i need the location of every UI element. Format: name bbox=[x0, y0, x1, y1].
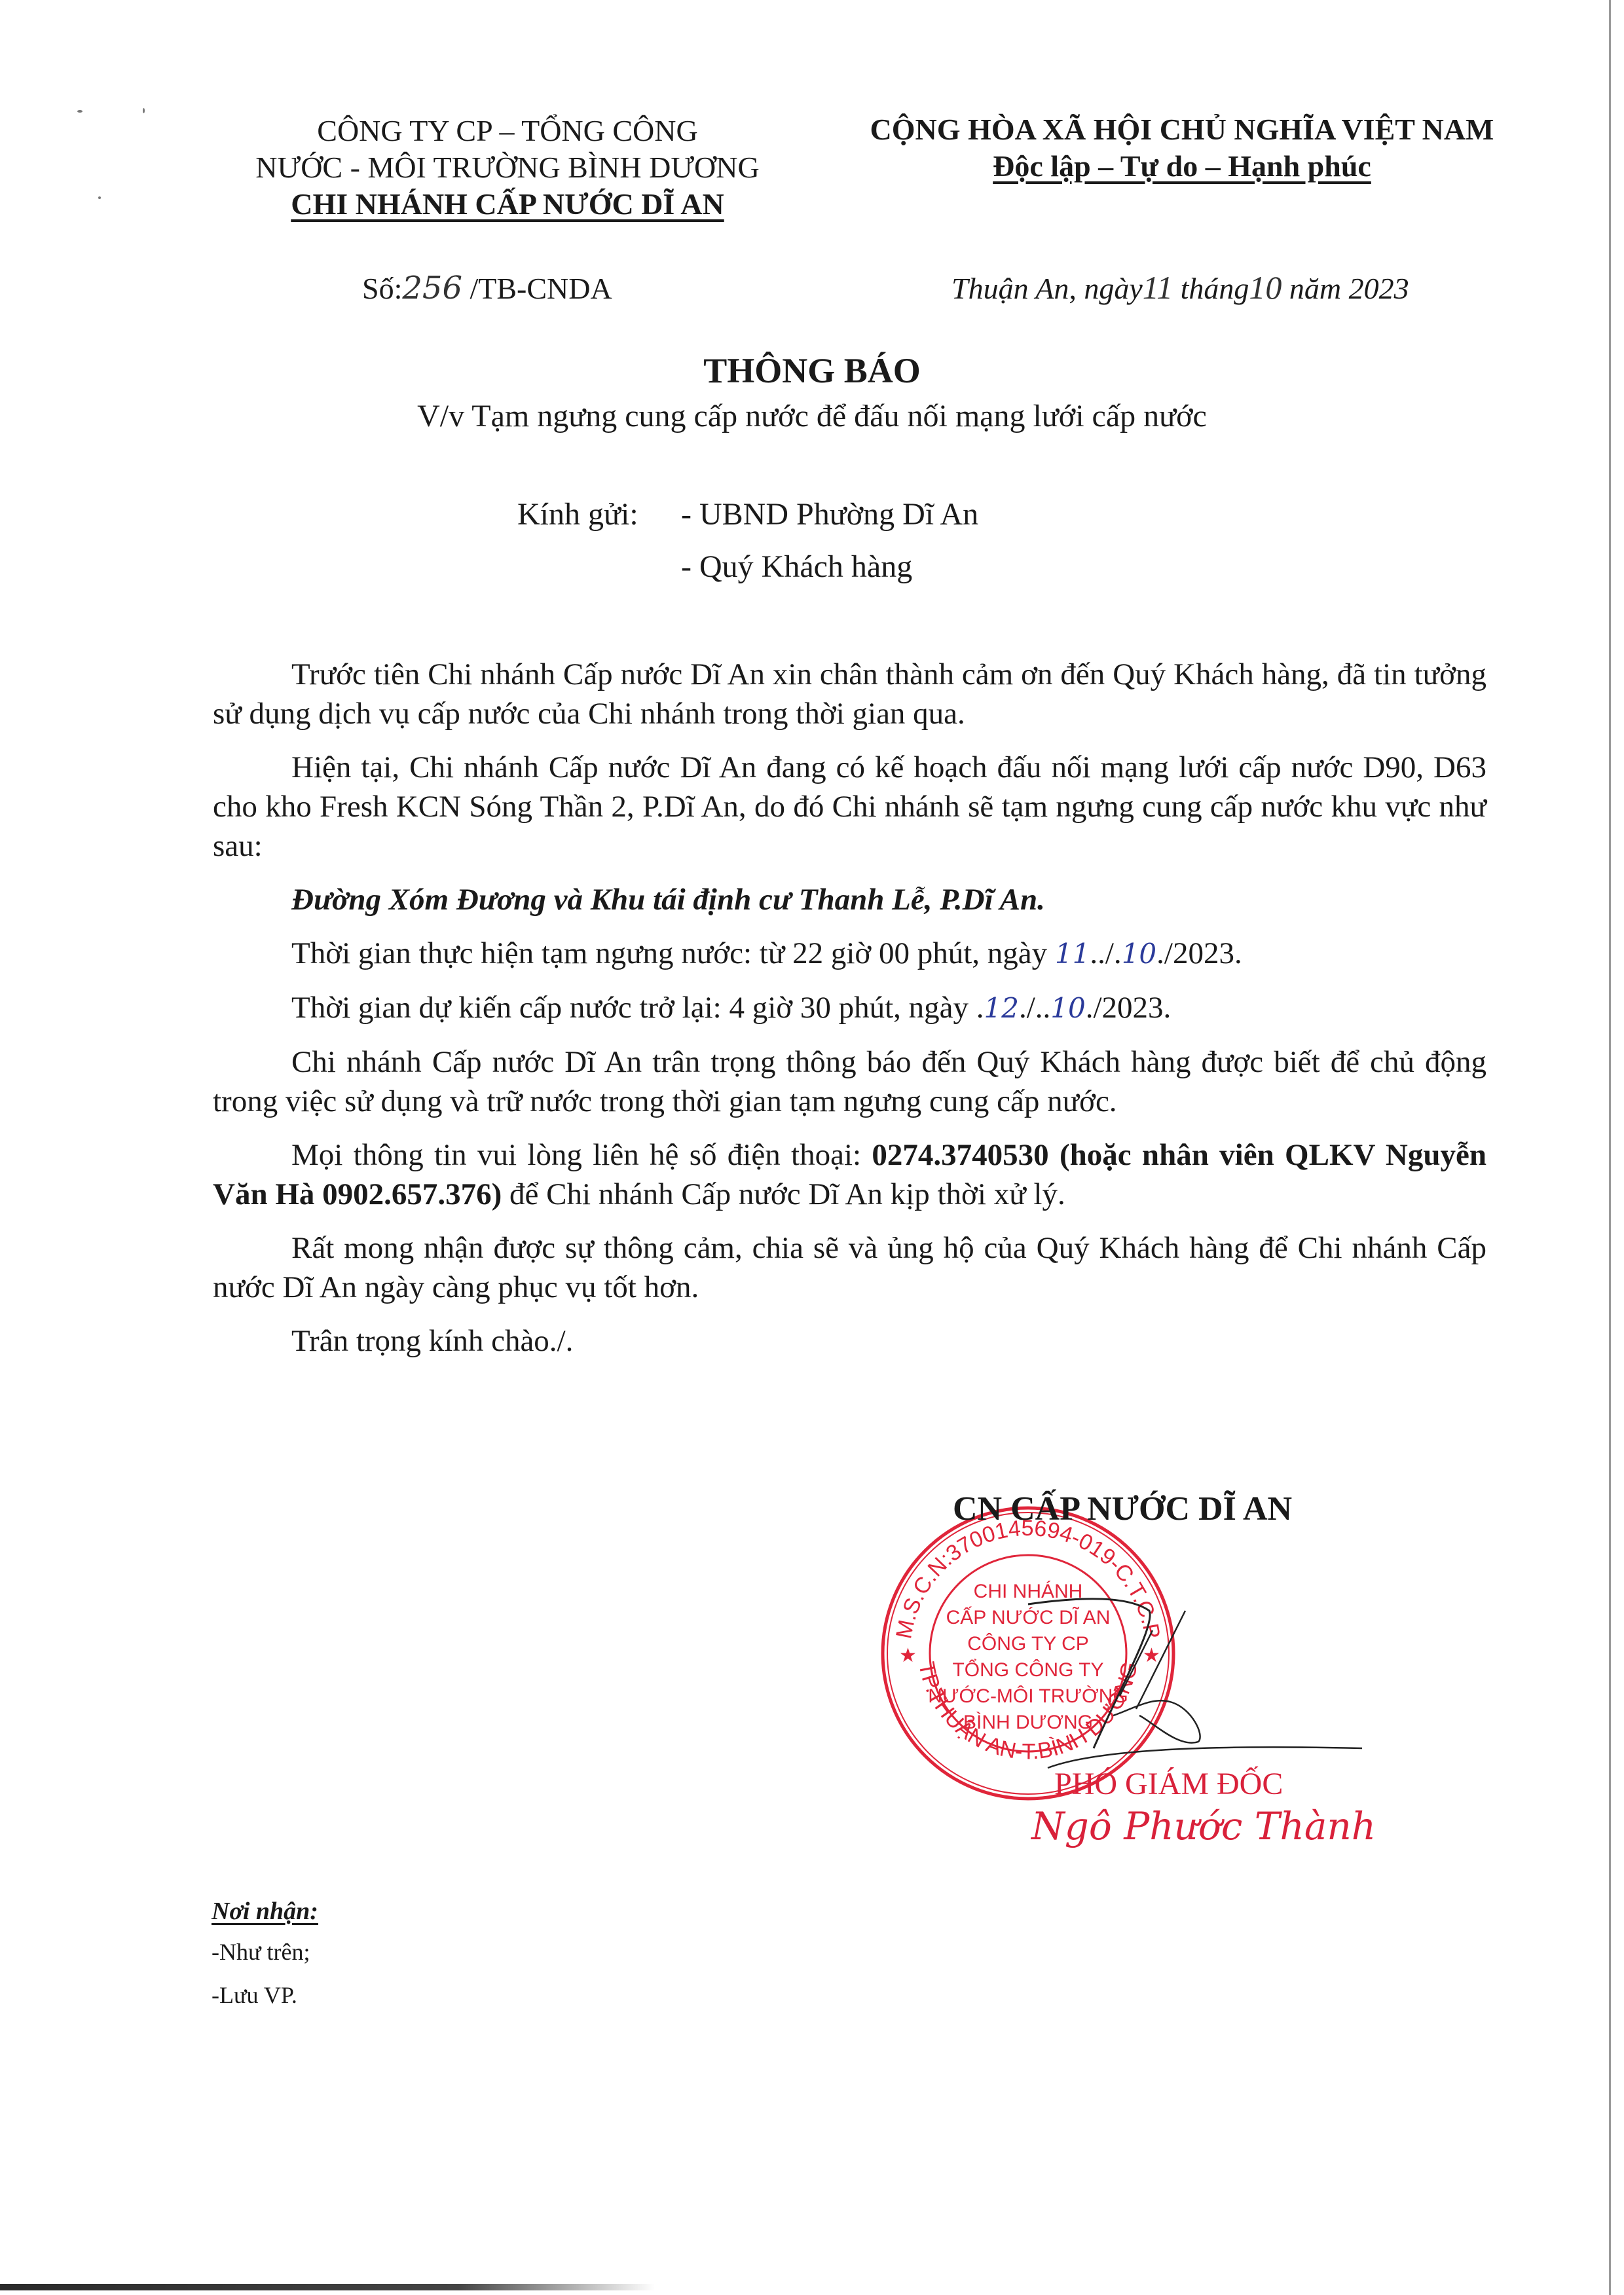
stop-time-line: Thời gian thực hiện tạm ngưng nước: từ 2… bbox=[213, 934, 1486, 974]
stop-date-year: ./2023. bbox=[1156, 936, 1242, 970]
doc-number-suffix: /TB-CNDA bbox=[462, 272, 612, 305]
stop-time-prefix: Thời gian thực hiện tạm ngưng nước: từ 2… bbox=[291, 936, 1055, 970]
body-paragraph-appreciation: Rất mong nhận được sự thông cảm, chia sẽ… bbox=[213, 1228, 1486, 1307]
date-year: năm 2023 bbox=[1282, 272, 1409, 305]
resume-time-prefix: Thời gian dự kiến cấp nước trở lại: 4 gi… bbox=[291, 991, 984, 1025]
resume-date-separator: ./.. bbox=[1019, 991, 1050, 1025]
document-subject: V/v Tạm ngưng cung cấp nước để đấu nối m… bbox=[0, 398, 1624, 434]
doc-number-prefix: Số: bbox=[362, 272, 402, 305]
org-line-1: CÔNG TY CP – TỔNG CÔNG bbox=[196, 113, 819, 149]
affected-area: Đường Xóm Đương và Khu tái định cư Thanh… bbox=[213, 880, 1486, 919]
signer-name: Ngô Phước Thành bbox=[1031, 1804, 1376, 1848]
scan-speck bbox=[98, 196, 101, 199]
org-branch-name: CHI NHÁNH CẤP NƯỚC DĨ AN bbox=[291, 187, 724, 221]
date-place-prefix: Thuận An, ngày bbox=[951, 272, 1143, 305]
national-heading: CỘNG HÒA XÃ HỘI CHỦ NGHĨA VIỆT NAM Độc l… bbox=[832, 111, 1532, 185]
body-paragraph-plan: Hiện tại, Chi nhánh Cấp nước Dĩ An đang … bbox=[213, 748, 1486, 866]
signing-unit: CN CẤP NƯỚC DĨ AN bbox=[953, 1490, 1292, 1528]
issuing-organization: CÔNG TY CP – TỔNG CÔNG NƯỚC - MÔI TRƯỜNG… bbox=[196, 113, 819, 223]
handwritten-signature bbox=[1022, 1585, 1375, 1781]
doc-number-handwritten: 256 bbox=[402, 270, 462, 306]
stop-date-separator: ../. bbox=[1090, 936, 1121, 970]
document-title: THÔNG BÁO bbox=[0, 350, 1624, 391]
document-body: Trước tiên Chi nhánh Cấp nước Dĩ An xin … bbox=[213, 655, 1486, 1375]
body-paragraph-thanks: Trước tiên Chi nhánh Cấp nước Dĩ An xin … bbox=[213, 655, 1486, 733]
contact-suffix: để Chi nhánh Cấp nước Dĩ An kịp thời xử … bbox=[502, 1177, 1065, 1211]
contact-prefix: Mọi thông tin vui lòng liên hệ số điện t… bbox=[291, 1138, 872, 1172]
distribution-item: -Như trên; bbox=[212, 1938, 310, 1966]
date-month-handwritten: 10 bbox=[1249, 269, 1282, 306]
resume-date-year: ./2023. bbox=[1086, 991, 1172, 1025]
scan-edge-bottom bbox=[0, 2284, 655, 2290]
resume-day-handwritten: 12 bbox=[984, 992, 1019, 1024]
body-paragraph-notice: Chi nhánh Cấp nước Dĩ An trân trọng thôn… bbox=[213, 1042, 1486, 1121]
closing-line: Trân trọng kính chào./. bbox=[213, 1321, 1486, 1361]
scan-speck bbox=[143, 108, 145, 113]
recipient-item: - UBND Phường Dĩ An bbox=[681, 496, 978, 532]
resume-month-handwritten: 10 bbox=[1050, 992, 1085, 1024]
recipient-item: - Quý Khách hàng bbox=[681, 549, 912, 585]
recipients-label: Kính gửi: bbox=[517, 496, 638, 532]
org-line-2: NƯỚC - MÔI TRƯỜNG BÌNH DƯƠNG bbox=[196, 149, 819, 186]
scan-speck bbox=[77, 110, 83, 113]
affected-area-text: Đường Xóm Đương và Khu tái định cư Thanh… bbox=[291, 883, 1045, 917]
stop-month-handwritten: 10 bbox=[1122, 938, 1156, 970]
distribution-label: Nơi nhận: bbox=[212, 1897, 318, 1926]
document-number: Số:256 /TB-CNDA bbox=[362, 270, 612, 306]
nation-name: CỘNG HÒA XÃ HỘI CHỦ NGHĨA VIỆT NAM bbox=[832, 111, 1532, 148]
national-motto: Độc lập – Tự do – Hạnh phúc bbox=[993, 149, 1371, 183]
contact-paragraph: Mọi thông tin vui lòng liên hệ số điện t… bbox=[213, 1135, 1486, 1214]
stamp-star-left-icon: ★ bbox=[899, 1645, 917, 1666]
scan-edge-right bbox=[1609, 0, 1611, 2295]
signer-role: PHÓ GIÁM ĐỐC bbox=[1054, 1766, 1283, 1802]
date-month-label: tháng bbox=[1173, 272, 1249, 305]
stop-day-handwritten: 11 bbox=[1055, 938, 1090, 970]
distribution-item: -Lưu VP. bbox=[212, 1981, 297, 2009]
date-day-handwritten: 11 bbox=[1143, 269, 1173, 306]
resume-time-line: Thời gian dự kiến cấp nước trở lại: 4 gi… bbox=[213, 988, 1486, 1028]
date-line: Thuận An, ngày11 tháng10 năm 2023 bbox=[951, 268, 1409, 306]
